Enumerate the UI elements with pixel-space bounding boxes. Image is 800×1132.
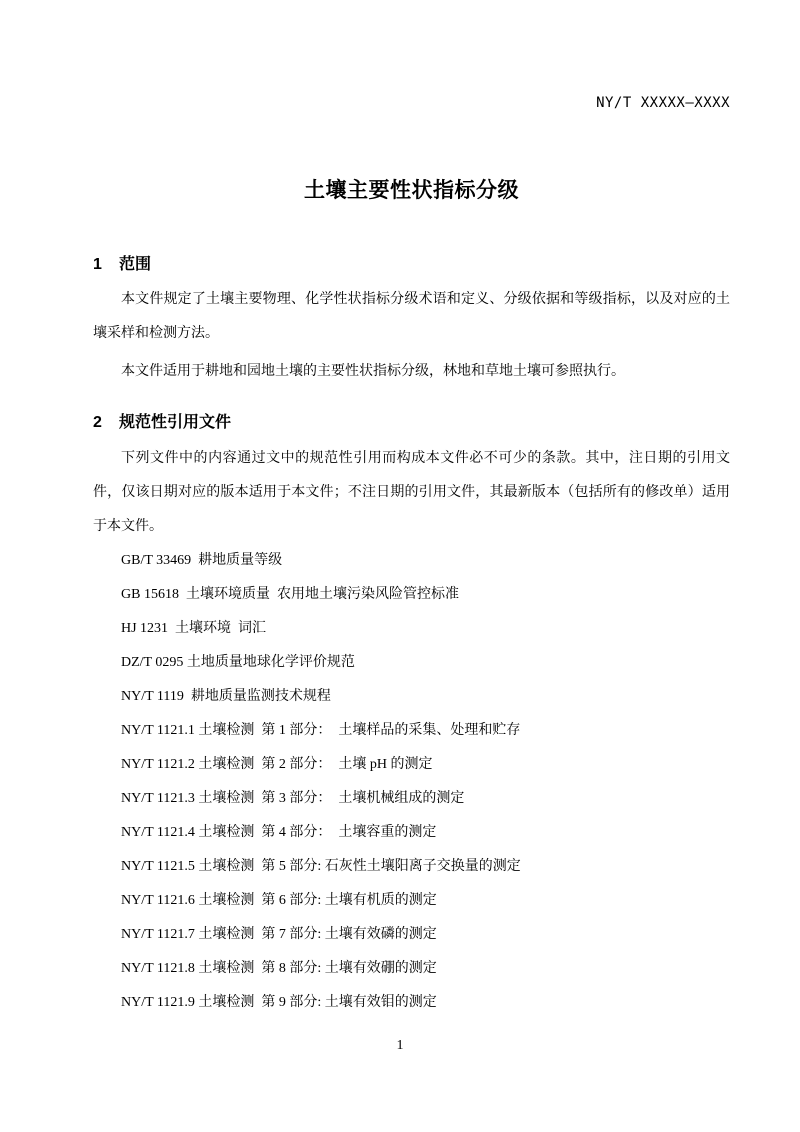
reference-item: HJ 1231 土壤环境 词汇 — [93, 612, 730, 646]
section-2-title: 规范性引用文件 — [119, 414, 231, 431]
reference-item: NY/T 1121.4 土壤检测 第 4 部分： 土壤容重的测定 — [93, 816, 730, 850]
reference-item: NY/T 1121.6 土壤检测 第 6 部分: 土壤有机质的测定 — [93, 884, 730, 918]
section-2-heading: 2规范性引用文件 — [93, 413, 730, 433]
section-2-number: 2 — [93, 413, 105, 433]
section-1-number: 1 — [93, 255, 105, 275]
section-1-heading: 1范围 — [93, 255, 730, 275]
reference-list: GB/T 33469 耕地质量等级 GB 15618 土壤环境质量 农用地土壤污… — [93, 544, 730, 1020]
references-intro-paragraph: 下列文件中的内容通过文中的规范性引用而构成本文件必不可少的条款。其中，注日期的引… — [93, 442, 730, 544]
reference-item: NY/T 1119 耕地质量监测技术规程 — [93, 680, 730, 714]
scope-paragraph-1: 本文件规定了土壤主要物理、化学性状指标分级术语和定义、分级依据和等级指标，以及对… — [93, 283, 730, 351]
reference-item: NY/T 1121.5 土壤检测 第 5 部分: 石灰性土壤阳离子交换量的测定 — [93, 850, 730, 884]
reference-item: GB/T 33469 耕地质量等级 — [93, 544, 730, 578]
reference-item: NY/T 1121.8 土壤检测 第 8 部分: 土壤有效硼的测定 — [93, 952, 730, 986]
reference-item: NY/T 1121.2 土壤检测 第 2 部分： 土壤 pH 的测定 — [93, 748, 730, 782]
reference-item: DZ/T 0295 土地质量地球化学评价规范 — [93, 646, 730, 680]
section-normative-references: 2规范性引用文件 下列文件中的内容通过文中的规范性引用而构成本文件必不可少的条款… — [93, 413, 730, 1020]
section-1-title: 范围 — [119, 256, 151, 273]
reference-item: GB 15618 土壤环境质量 农用地土壤污染风险管控标准 — [93, 578, 730, 612]
reference-item: NY/T 1121.7 土壤检测 第 7 部分: 土壤有效磷的测定 — [93, 918, 730, 952]
page-number: 1 — [0, 1038, 800, 1053]
scope-paragraph-2: 本文件适用于耕地和园地土壤的主要性状指标分级，林地和草地土壤可参照执行。 — [93, 355, 730, 389]
standard-number-header: NY/T XXXXX—XXXX — [93, 95, 730, 111]
document-page: NY/T XXXXX—XXXX 土壤主要性状指标分级 1范围 本文件规定了土壤主… — [0, 0, 800, 1132]
reference-item: NY/T 1121.1 土壤检测 第 1 部分： 土壤样品的采集、处理和贮存 — [93, 714, 730, 748]
reference-item: NY/T 1121.3 土壤检测 第 3 部分： 土壤机械组成的测定 — [93, 782, 730, 816]
section-scope: 1范围 本文件规定了土壤主要物理、化学性状指标分级术语和定义、分级依据和等级指标… — [93, 255, 730, 389]
document-title: 土壤主要性状指标分级 — [93, 177, 730, 204]
reference-item: NY/T 1121.9 土壤检测 第 9 部分: 土壤有效钼的测定 — [93, 986, 730, 1020]
